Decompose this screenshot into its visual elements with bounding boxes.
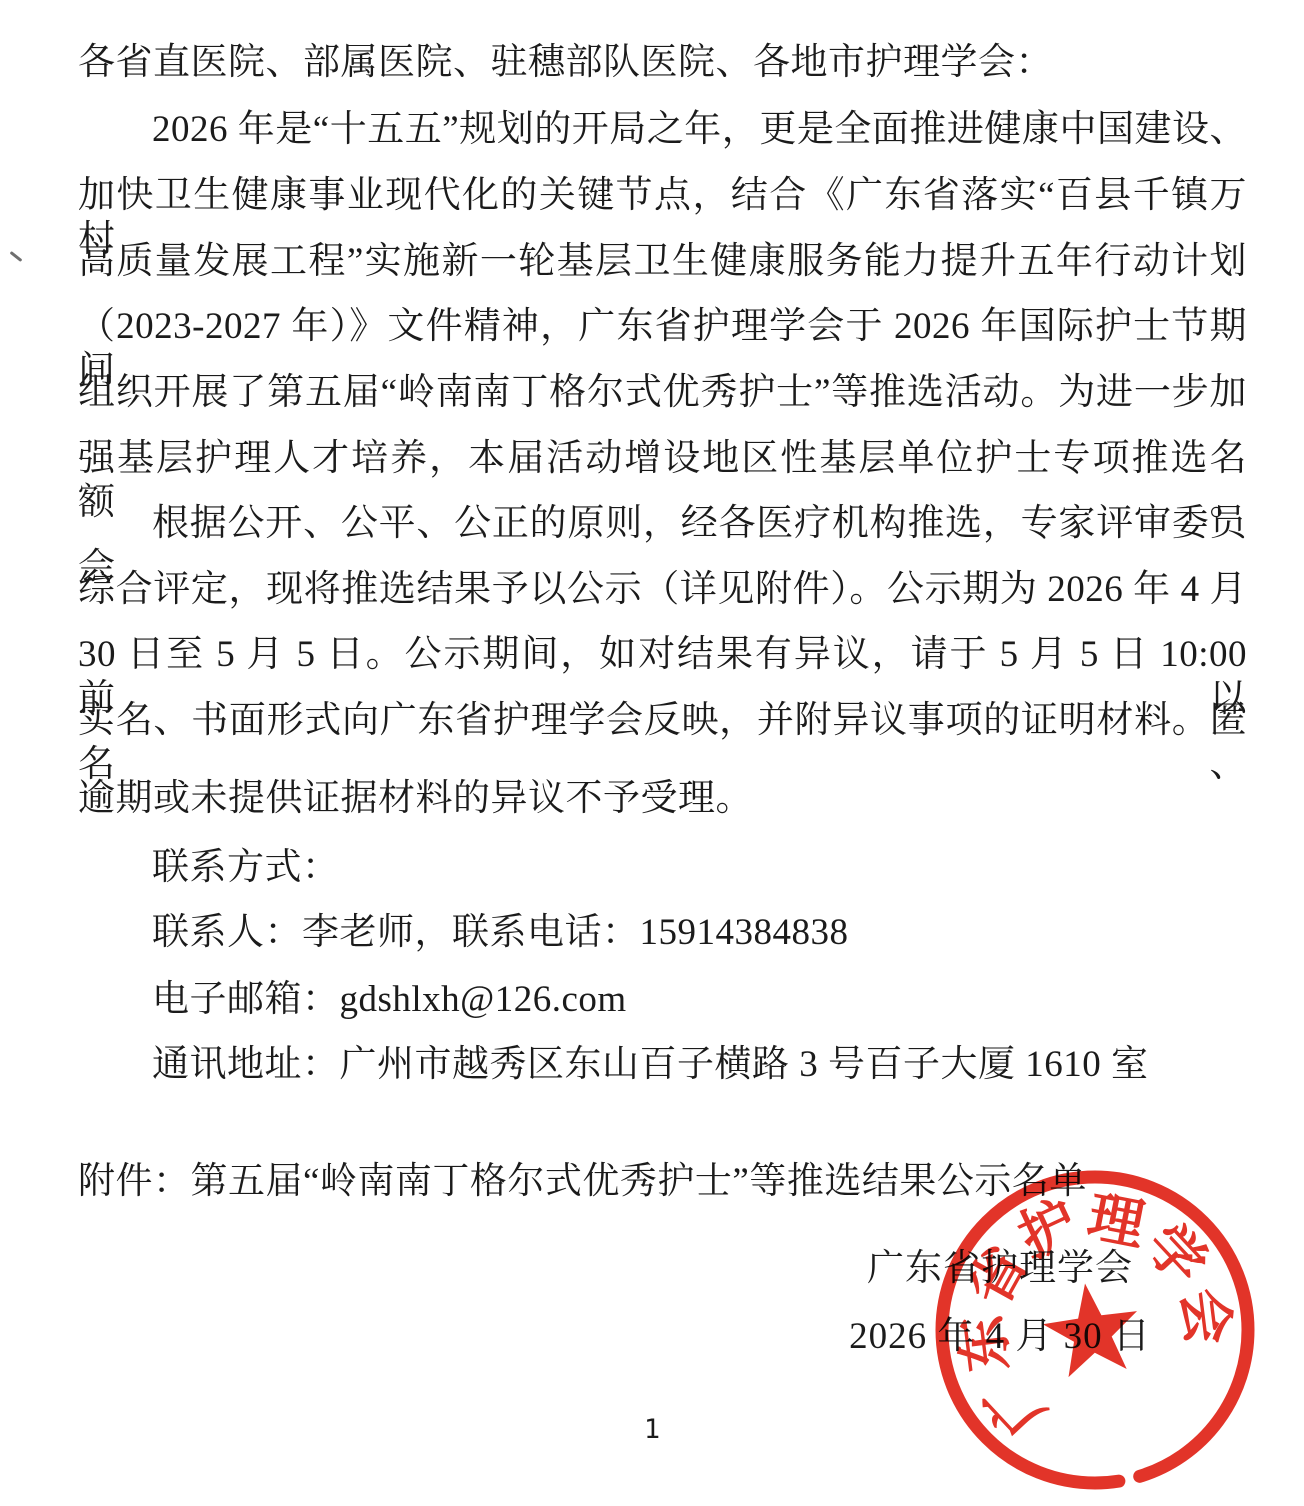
line-paragraph2-4: 实名、书面形式向广东省护理学会反映，并附异议事项的证明材料。匿名、 <box>78 699 1247 787</box>
line-paragraph1-3: 高质量发展工程”实施新一轮基层卫生健康服务能力提升五年行动计划 <box>78 240 1247 284</box>
line-paragraph1-5: 组织开展了第五届“岭南南丁格尔式优秀护士”等推选活动。为进一步加 <box>78 371 1247 415</box>
line-contact-email: 电子邮箱：gdshlxh@126.com <box>78 978 1247 1022</box>
official-seal-stamp: 广 东 省 护 理 学 会 <box>932 1167 1262 1497</box>
line-contact-person: 联系人：李老师，联系电话：15914384838 <box>78 911 1247 955</box>
line-contact-heading: 联系方式： <box>78 846 1247 890</box>
seal-char-7: 会 <box>1170 1285 1238 1348</box>
line-paragraph1-1: 2026 年是“十五五”规划的开局之年，更是全面推进健康中国建设、 <box>78 108 1247 152</box>
seal-star-icon <box>1043 1284 1137 1378</box>
scan-artifact-mark <box>10 251 23 262</box>
seal-char-2: 东 <box>952 1312 1020 1375</box>
seal-char-5: 理 <box>1083 1186 1150 1258</box>
line-paragraph2-2: 综合评定，现将推选结果予以公示（详见附件）。公示期为 2026 年 4 月 <box>78 568 1247 612</box>
line-paragraph2-5: 逾期或未提供证据材料的异议不予受理。 <box>78 777 1247 821</box>
document-page: 各省直医院、部属医院、驻穗部队医院、各地市护理学会： 2026 年是“十五五”规… <box>0 0 1304 1506</box>
line-contact-address: 通讯地址：广州市越秀区东山百子横路 3 号百子大厦 1610 室 <box>78 1043 1247 1087</box>
line-salutation: 各省直医院、部属医院、驻穗部队医院、各地市护理学会： <box>78 41 1247 85</box>
